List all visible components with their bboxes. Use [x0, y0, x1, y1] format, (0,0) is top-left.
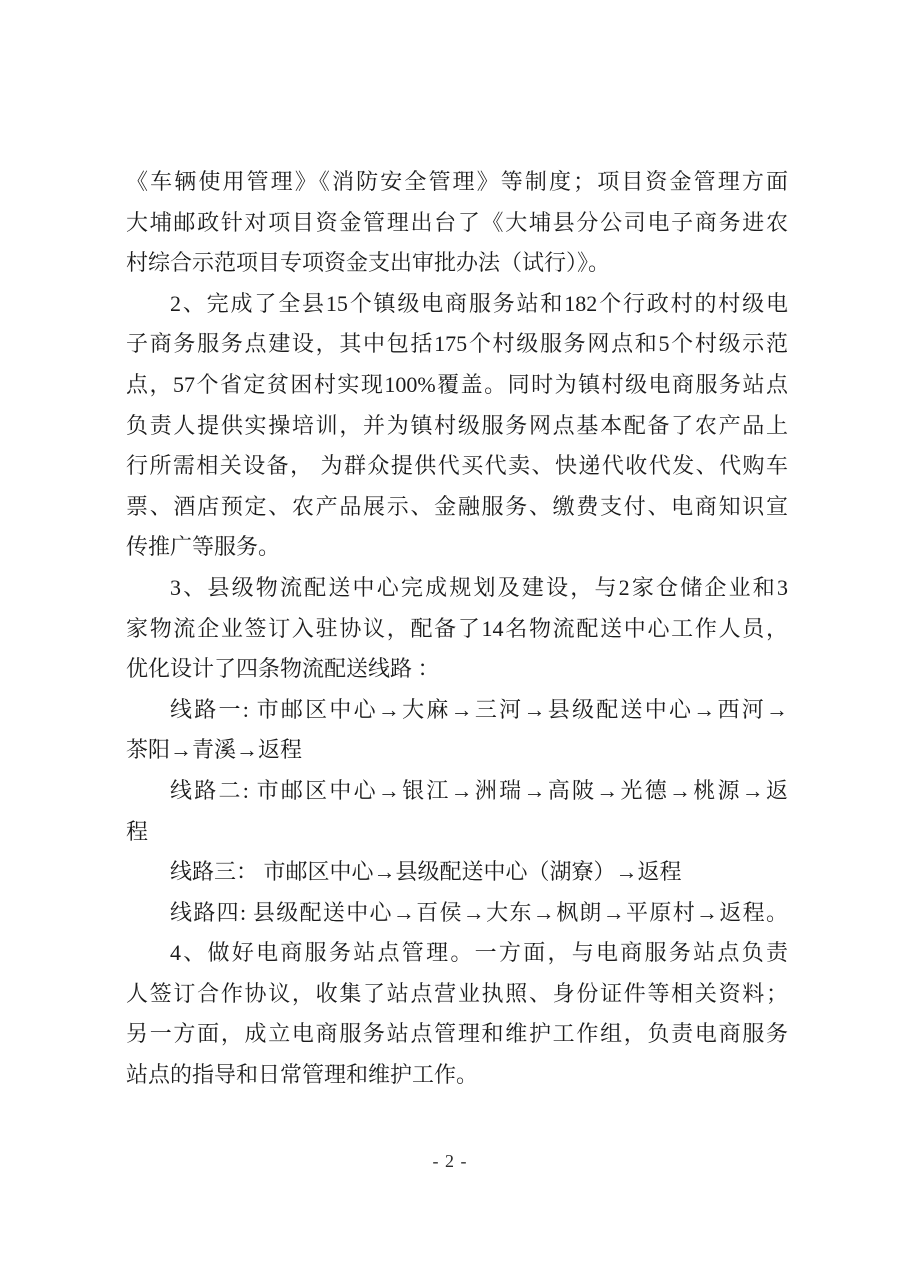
text-line: 家物流企业签订入驻协议，配备了14名物流配送中心工作人员，: [126, 609, 788, 650]
text-line: 《车辆使用管理》《消防安全管理》等制度；项目资金管理方面: [126, 162, 788, 203]
text-line: 优化设计了四条物流配送线路 ：: [126, 649, 788, 690]
text-line: 线路三： 市邮区中心→县级配送中心（湖寮）→返程: [126, 852, 788, 893]
text-line: 另一方面，成立电商服务站点管理和维护工作组，负责电商服务: [126, 1014, 788, 1055]
text-line: 村综合示范项目专项资金支出审批办法（试行）》。: [126, 243, 788, 284]
document-body: 《车辆使用管理》《消防安全管理》等制度；项目资金管理方面大埔邮政针对项目资金管理…: [126, 162, 788, 1096]
text-line: 负责人提供实操培训，并为镇村级服务网点基本配备了农产品上: [126, 406, 788, 447]
page-number: - 2 -: [0, 1148, 900, 1174]
text-line: 程: [126, 812, 788, 853]
text-line: 行所需相关设备， 为群众提供代买代卖、快递代收代发、代购车: [126, 446, 788, 487]
text-line: 大埔邮政针对项目资金管理出台了《大埔县分公司电子商务进农: [126, 203, 788, 244]
text-line: 线路一: 市邮区中心→大麻→三河→县级配送中心→西河→: [126, 690, 788, 731]
text-line: 点，57个省定贫困村实现100%覆盖。同时为镇村级电商服务站点: [126, 365, 788, 406]
text-line: 人签订合作协议，收集了站点营业执照、身份证件等相关资料；: [126, 974, 788, 1015]
text-line: 站点的指导和日常管理和维护工作。: [126, 1055, 788, 1096]
text-line: 3、县级物流配送中心完成规划及建设，与2家仓储企业和3: [126, 568, 788, 609]
text-line: 线路四: 县级配送中心→百侯→大东→枫朗→平原村→返程。: [126, 893, 788, 934]
text-line: 2、完成了全县15个镇级电商服务站和182个行政村的村级电: [126, 284, 788, 325]
text-line: 子商务服务点建设，其中包括175个村级服务网点和5个村级示范: [126, 324, 788, 365]
text-line: 票、酒店预定、农产品展示、金融服务、缴费支付、电商知识宣: [126, 487, 788, 528]
text-line: 传推广等服务。: [126, 527, 788, 568]
text-line: 线路二: 市邮区中心→银江→洲瑞→高陂→光德→桃源→返: [126, 771, 788, 812]
text-line: 4、做好电商服务站点管理。一方面，与电商服务站点负责: [126, 933, 788, 974]
document-page: 《车辆使用管理》《消防安全管理》等制度；项目资金管理方面大埔邮政针对项目资金管理…: [0, 0, 900, 1272]
text-line: 茶阳→青溪→返程: [126, 730, 788, 771]
